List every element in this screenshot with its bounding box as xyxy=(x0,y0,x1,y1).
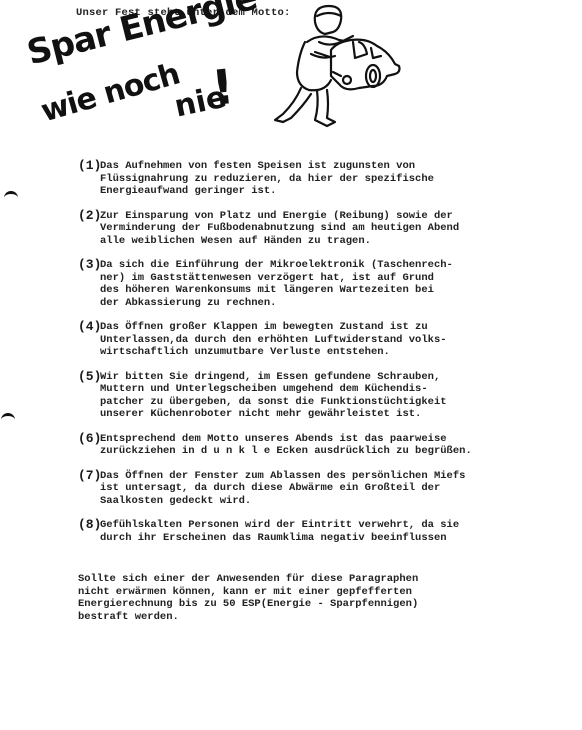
rule-text-line: Saalkosten gedeckt wird. xyxy=(100,495,465,508)
rule-text: Das Öffnen großer Klappen im bewegten Zu… xyxy=(100,321,447,359)
rule-item: (7)Das Öffnen der Fenster zum Ablassen d… xyxy=(78,470,548,508)
rule-text: Wir bitten Sie dringend, im Essen gefund… xyxy=(100,371,447,421)
punch-hole-mark xyxy=(1,413,15,424)
rule-text-line: Entsprechend dem Motto unseres Abends is… xyxy=(100,433,472,446)
rule-text: Das Aufnehmen von festen Speisen ist zug… xyxy=(100,160,434,198)
rule-number: (2) xyxy=(78,210,100,248)
rule-text-line: Wir bitten Sie dringend, im Essen gefund… xyxy=(100,371,447,384)
footer-line: Sollte sich einer der Anwesenden für die… xyxy=(78,573,418,586)
rule-number: (7) xyxy=(78,470,100,508)
rule-number: (5) xyxy=(78,371,100,421)
rule-text-line: Das Öffnen großer Klappen im bewegten Zu… xyxy=(100,321,447,334)
footer-paragraph: Sollte sich einer der Anwesenden für die… xyxy=(78,573,418,623)
rule-text-line: der Abkassierung zu rechnen. xyxy=(100,297,453,310)
rule-text-line: ner) im Gaststättenwesen verzögert hat, … xyxy=(100,272,453,285)
rule-number: (4) xyxy=(78,321,100,359)
footer-line: Energierechnung bis zu 50 ESP(Energie - … xyxy=(78,598,418,611)
rule-text: Das Öffnen der Fenster zum Ablassen des … xyxy=(100,470,465,508)
rule-text-line: patcher zu übergeben, da sonst die Funkt… xyxy=(100,396,447,409)
rule-text-line: Da sich die Einführung der Mikroelektron… xyxy=(100,259,453,272)
rule-number: (6) xyxy=(78,433,100,458)
rule-text: Da sich die Einführung der Mikroelektron… xyxy=(100,259,453,309)
punch-hole-mark xyxy=(4,191,18,202)
rule-text: Gefühlskalten Personen wird der Eintritt… xyxy=(100,519,459,544)
rule-item: (2)Zur Einsparung von Platz und Energie … xyxy=(78,210,548,248)
motto-exclamation: ! xyxy=(209,59,237,117)
rule-item: (3)Da sich die Einführung der Mikroelekt… xyxy=(78,259,548,309)
motto-line-2: wie noch xyxy=(37,57,183,130)
rule-text-line: Verminderung der Fußbodenabnutzung sind … xyxy=(100,222,459,235)
rule-text-line: ist untersagt, da durch diese Abwärme ei… xyxy=(100,482,465,495)
rule-item: (1)Das Aufnehmen von festen Speisen ist … xyxy=(78,160,548,198)
footer-line: bestraft werden. xyxy=(78,611,418,624)
rule-text-line: Flüssignahrung zu reduzieren, da hier de… xyxy=(100,173,434,186)
rule-text-line: Zur Einsparung von Platz und Energie (Re… xyxy=(100,210,459,223)
rule-text-line: Energieaufwand geringer ist. xyxy=(100,185,434,198)
rule-text-line: Das Aufnehmen von festen Speisen ist zug… xyxy=(100,160,434,173)
rule-text: Entsprechend dem Motto unseres Abends is… xyxy=(100,433,472,458)
rule-text-line: Das Öffnen der Fenster zum Ablassen des … xyxy=(100,470,465,483)
man-pushing-car-illustration xyxy=(255,2,405,130)
rule-item: (4)Das Öffnen großer Klappen im bewegten… xyxy=(78,321,548,359)
rule-text-line: alle weiblichen Wesen auf Händen zu trag… xyxy=(100,235,459,248)
rule-text-line: Muttern und Unterlegscheiben umgehend de… xyxy=(100,383,447,396)
rules-list: (1)Das Aufnehmen von festen Speisen ist … xyxy=(78,160,548,556)
rule-item: (8)Gefühlskalten Personen wird der Eintr… xyxy=(78,519,548,544)
footer-line: nicht erwärmen können, kann er mit einer… xyxy=(78,586,418,599)
rule-item: (5)Wir bitten Sie dringend, im Essen gef… xyxy=(78,371,548,421)
rule-number: (3) xyxy=(78,259,100,309)
rule-text-line: Unterlassen,da durch den erhöhten Luftwi… xyxy=(100,334,447,347)
rule-text-line: zurückziehen in d u n k l e Ecken ausdrü… xyxy=(100,445,472,458)
rule-text: Zur Einsparung von Platz und Energie (Re… xyxy=(100,210,459,248)
rule-number: (1) xyxy=(78,160,100,198)
rule-item: (6)Entsprechend dem Motto unseres Abends… xyxy=(78,433,548,458)
rule-text-line: Gefühlskalten Personen wird der Eintritt… xyxy=(100,519,459,532)
rule-text-line: wirtschaftlich unzumutbare Verluste ents… xyxy=(100,346,447,359)
rule-number: (8) xyxy=(78,519,100,544)
rule-text-line: durch ihr Erscheinen das Raumklima negat… xyxy=(100,532,459,545)
rule-text-line: unserer Küchenroboter nicht mehr gewährl… xyxy=(100,408,447,421)
rule-text-line: des höheren Warenkonsums mit längeren Wa… xyxy=(100,284,453,297)
